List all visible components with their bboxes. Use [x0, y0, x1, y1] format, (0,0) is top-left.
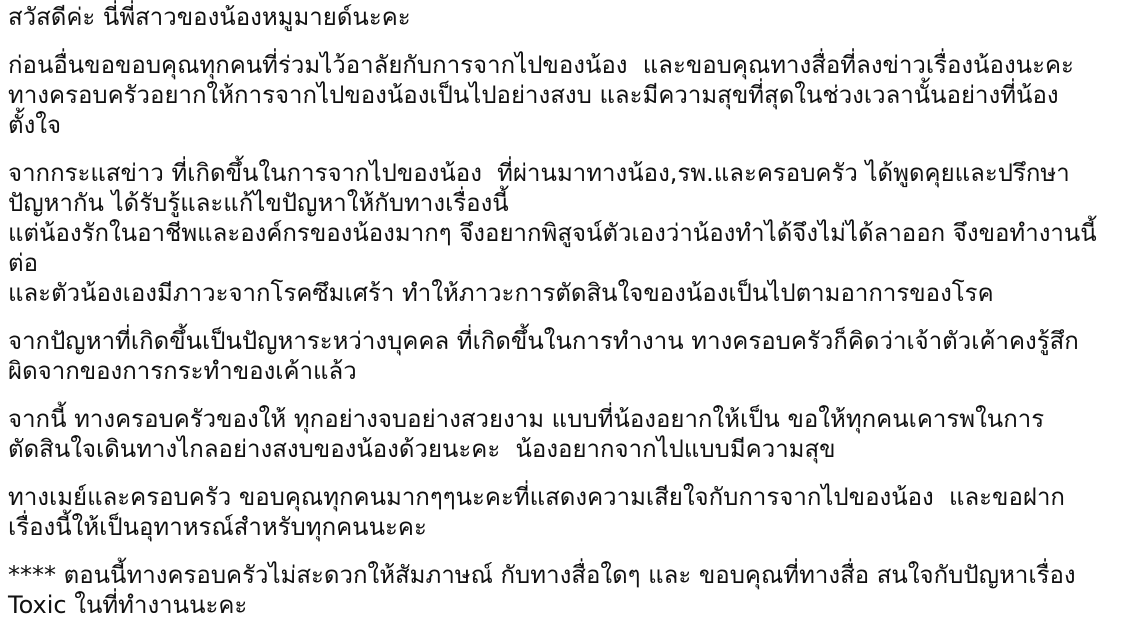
paragraph-thanks: ก่อนอื่นขอขอบคุณทุกคนที่ร่วมไว้อาลัยกับก… [8, 50, 1138, 140]
family-statement-text: สวัสดีค่ะ นี่พี่สาวของน้องหมูมายด์นะคะ ก… [0, 0, 1146, 620]
paragraph-greeting: สวัสดีค่ะ นี่พี่สาวของน้องหมูมายด์นะคะ [8, 2, 1138, 32]
paragraph-gratitude: ทางเมย์และครอบครัว ขอบคุณทุกคนมากๆๆนะคะท… [8, 482, 1138, 542]
paragraph-news-context: จากกระแสข่าว ที่เกิดขึ้นในการจากไปของน้อ… [8, 158, 1138, 308]
paragraph-media-note: **** ตอนนี้ทางครอบครัวไม่สะดวกให้สัมภาษณ… [8, 560, 1138, 620]
paragraph-family-wish: จากนี้ ทางครอบครัวของให้ ทุกอย่างจบอย่าง… [8, 404, 1138, 464]
paragraph-interpersonal: จากปัญหาที่เกิดขึ้นเป็นปัญหาระหว่างบุคคล… [8, 326, 1138, 386]
